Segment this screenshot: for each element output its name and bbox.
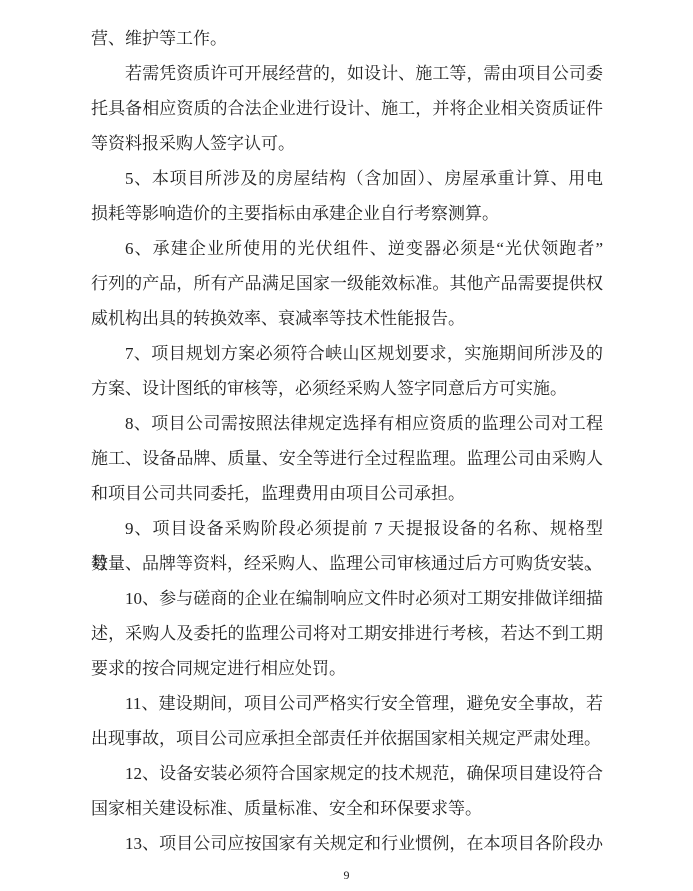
text-line: 托具备相应资质的合法企业进行设计、施工，并将企业相关资质证件 (91, 91, 603, 126)
page-footer: 9 (0, 866, 693, 884)
text-line: 方案、设计图纸的审核等，必须经采购人签字同意后方可实施。 (91, 371, 603, 406)
document-page: 营、维护等工作。若需凭资质许可开展经营的，如设计、施工等，需由项目公司委托具备相… (0, 0, 693, 891)
paragraph-first-line: 13、项目公司应按国家有关规定和行业惯例，在本项目各阶段办 (91, 826, 603, 861)
text-line: 损耗等影响造价的主要指标由承建企业自行考察测算。 (91, 196, 603, 231)
text-line: 行列的产品，所有产品满足国家一级能效标准。其他产品需要提供权 (91, 266, 603, 301)
text-line: 述，采购人及委托的监理公司将对工期安排进行考核，若达不到工期 (91, 616, 603, 651)
text-line: 营、维护等工作。 (91, 21, 603, 56)
text-line: 国家相关建设标准、质量标准、安全和环保要求等。 (91, 791, 603, 826)
paragraph-first-line: 若需凭资质许可开展经营的，如设计、施工等，需由项目公司委 (91, 56, 603, 91)
page-number: 9 (344, 868, 350, 882)
text-line: 威机构出具的转换效率、衰减率等技术性能报告。 (91, 301, 603, 336)
text-line: 施工、设备品牌、质量、安全等进行全过程监理。监理公司由采购人 (91, 441, 603, 476)
text-line: 出现事故，项目公司应承担全部责任并依据国家相关规定严肃处理。 (91, 721, 603, 756)
text-line: 等资料报采购人签字认可。 (91, 126, 603, 161)
paragraph-first-line: 10、参与磋商的企业在编制响应文件时必须对工期安排做详细描 (91, 581, 603, 616)
paragraph-first-line: 7、项目规划方案必须符合峡山区规划要求，实施期间所涉及的 (91, 336, 603, 371)
paragraph-first-line: 5、本项目所涉及的房屋结构（含加固）、房屋承重计算、用电 (91, 161, 603, 196)
paragraph-first-line: 6、承建企业所使用的光伏组件、逆变器必须是“光伏领跑者” (91, 231, 603, 266)
text-line: 数量、品牌等资料，经采购人、监理公司审核通过后方可购货安装。 (91, 546, 603, 581)
paragraph-first-line: 8、项目公司需按照法律规定选择有相应资质的监理公司对工程 (91, 406, 603, 441)
paragraph-first-line: 11、建设期间，项目公司严格实行安全管理，避免安全事故，若 (91, 686, 603, 721)
text-line: 要求的按合同规定进行相应处罚。 (91, 651, 603, 686)
paragraph-first-line: 9、项目设备采购阶段必须提前 7 天提报设备的名称、规格型号、 (91, 511, 603, 546)
paragraph-first-line: 12、设备安装必须符合国家规定的技术规范，确保项目建设符合 (91, 756, 603, 791)
text-line: 和项目公司共同委托，监理费用由项目公司承担。 (91, 476, 603, 511)
document-body: 营、维护等工作。若需凭资质许可开展经营的，如设计、施工等，需由项目公司委托具备相… (91, 21, 603, 861)
